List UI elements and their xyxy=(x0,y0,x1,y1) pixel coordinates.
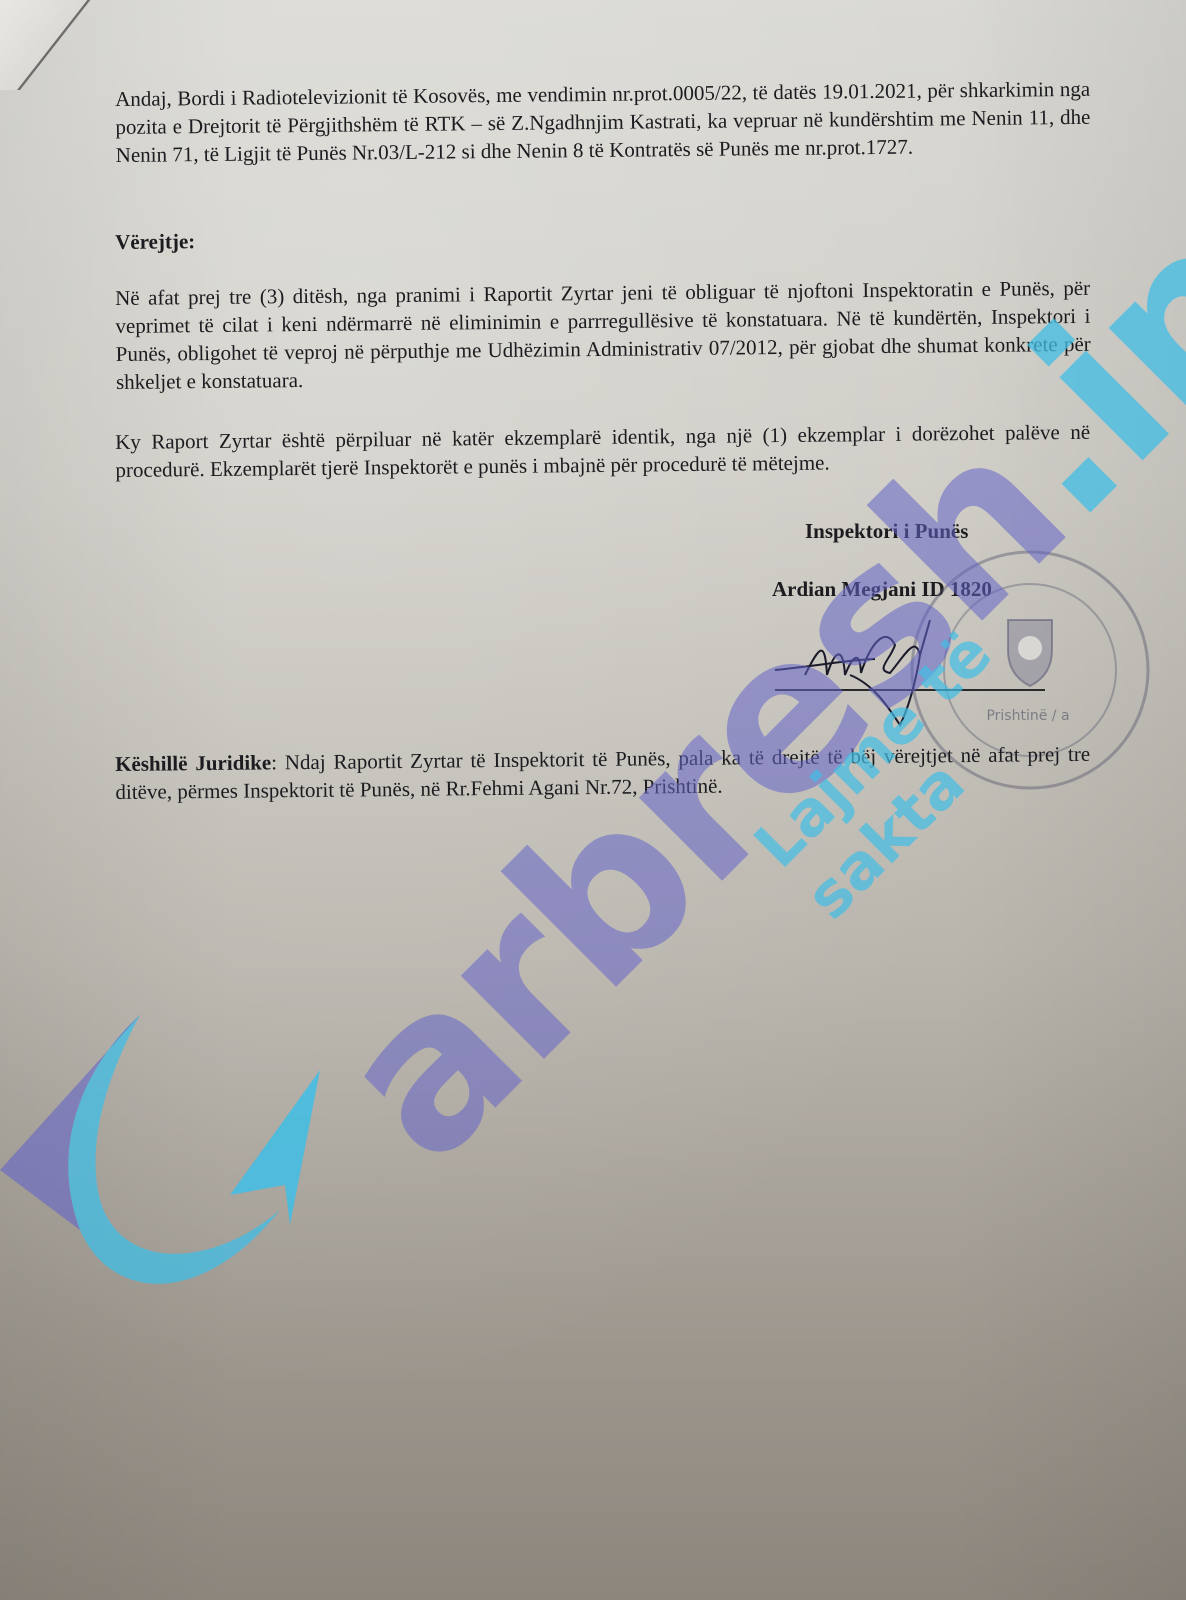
watermark-logo-icon xyxy=(0,1010,360,1330)
page-fold xyxy=(0,0,106,90)
signature-icon xyxy=(765,615,1065,735)
signature-line xyxy=(775,689,1045,691)
paragraph-decision: Andaj, Bordi i Radiotelevizionit të Koso… xyxy=(115,75,1091,169)
legal-advice-label: Këshillë Juridike xyxy=(115,750,271,776)
remarks-heading: Vërejtje: xyxy=(115,227,195,256)
paragraph-remarks: Në afat prej tre (3) ditësh, nga pranimi… xyxy=(115,274,1091,396)
paragraph-copies: Ky Raport Zyrtar është përpiluar në katë… xyxy=(115,418,1091,484)
legal-advice: Këshillë Juridike: Ndaj Raportit Zyrtar … xyxy=(115,740,1091,806)
